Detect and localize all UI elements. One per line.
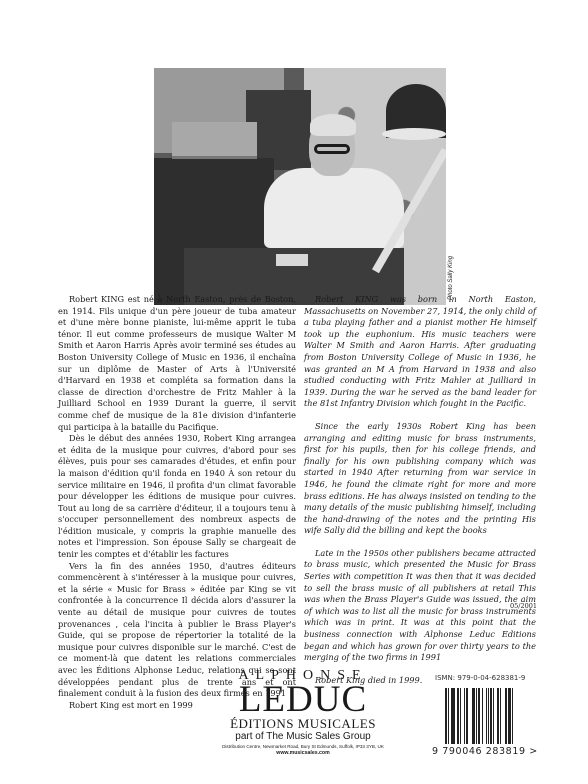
english-biography: Robert KING was born in North Easton, Ma… [304, 294, 536, 697]
photo-man-shirt [264, 168, 404, 248]
edition-date: 05/2001 [510, 602, 537, 610]
photo-man-glasses [314, 144, 350, 154]
photo-desk-box [276, 254, 308, 266]
barcode-digits: 9 790046 283819 > [432, 746, 538, 757]
english-paragraph: Late in the 1950s other publishers becam… [304, 548, 536, 664]
french-paragraph: Dès le début des années 1930, Robert Kin… [58, 433, 296, 561]
photo-man-hair [310, 114, 356, 136]
english-paragraph: Robert KING was born in North Easton, Ma… [304, 294, 536, 410]
logo-group: part of The Music Sales Group [200, 731, 406, 743]
photo-lamp-rim [382, 128, 446, 140]
portrait-photo [154, 68, 446, 305]
french-paragraph: Robert KING est né à North Easton, près … [58, 294, 296, 433]
logo-editions: ÉDITIONS MUSICALES [200, 716, 406, 731]
publisher-logo: ALPHONSE LEDUC ÉDITIONS MUSICALES part o… [200, 668, 406, 757]
barcode [445, 688, 531, 744]
publisher-address: Distribution Centre, Newmarket Road, Bur… [200, 743, 406, 750]
french-biography: Robert KING est né à North Easton, près … [58, 294, 296, 711]
photo-radio [172, 122, 257, 159]
english-paragraph: Since the early 1930s Robert King has be… [304, 421, 536, 537]
logo-leduc: LEDUC [200, 683, 406, 716]
ismn-label: ISMN: 979-0-04-628381-9 [435, 674, 525, 682]
publisher-website[interactable]: www.musicsales.com [200, 750, 406, 757]
